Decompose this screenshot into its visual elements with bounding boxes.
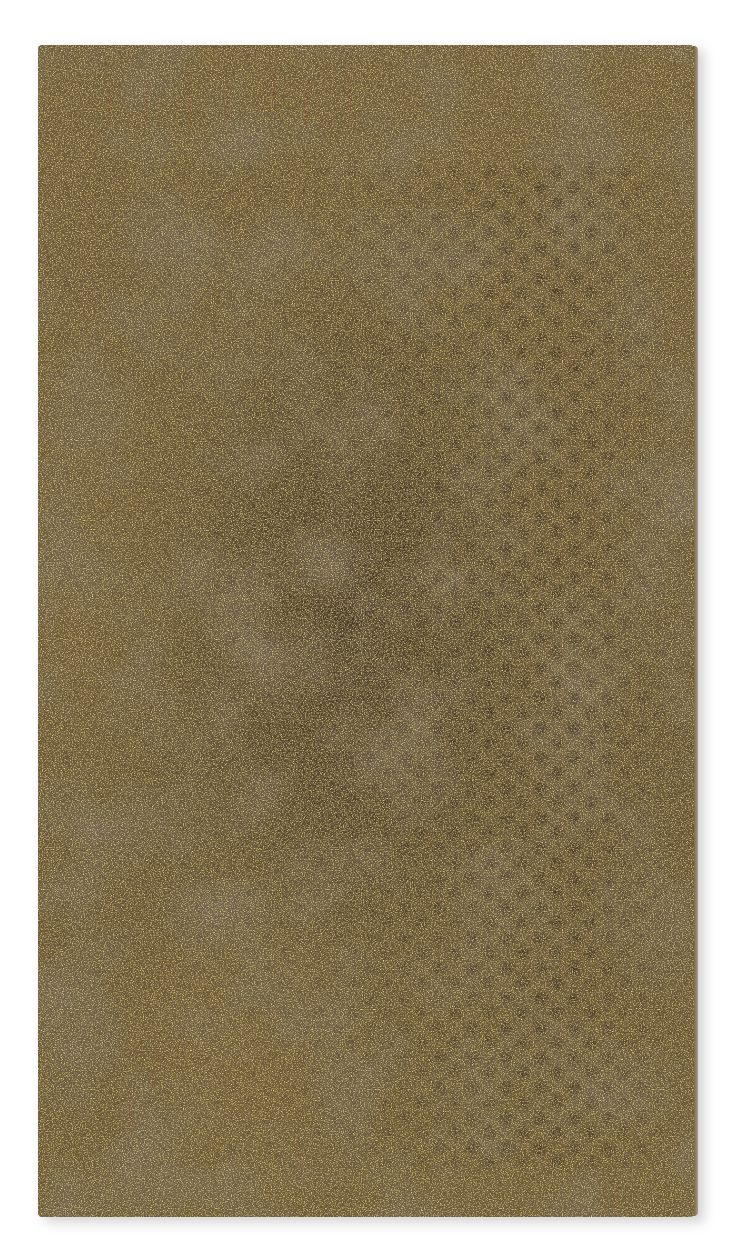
artwork-panel: [38, 45, 694, 1217]
panel-texture: [38, 45, 694, 1217]
gold-glitter: [38, 45, 694, 1217]
photo-scene: [0, 0, 740, 1259]
